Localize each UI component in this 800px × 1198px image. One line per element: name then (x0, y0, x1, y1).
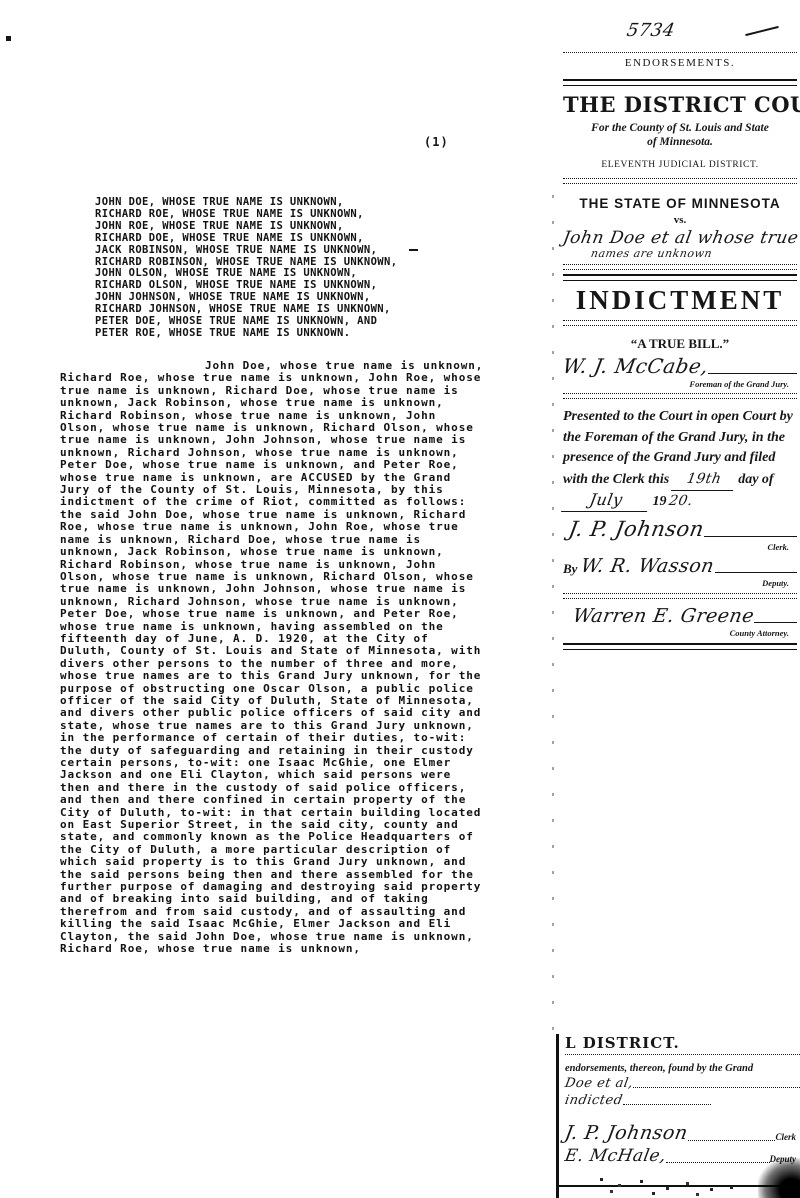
divider (563, 320, 797, 326)
fragment-clerk-signature: J. P. Johnson (563, 1122, 690, 1144)
fragment-deputy-signature: E. McHale, (563, 1146, 668, 1166)
fragment-note-text: indicted (564, 1093, 624, 1108)
divider (563, 79, 797, 86)
indictment-title: INDICTMENT (563, 285, 797, 316)
handwritten-defendants-line1: John Doe et al whose true (561, 228, 800, 248)
divider (563, 643, 797, 650)
filed-month-handwritten: July (561, 490, 651, 512)
district-fragment: L DISTRICT. (565, 1034, 800, 1052)
year-printed: 19 (653, 494, 667, 509)
county-attorney-signature: Warren E. Greene (561, 605, 756, 627)
signature-line (666, 1161, 769, 1163)
indictment-body-text: John Doe, whose true name is unknown, Ri… (60, 360, 484, 956)
divider (563, 264, 797, 270)
foreman-title: Foreman of the Grand Jury. (563, 379, 797, 389)
endorsement-text-fragment: endorsements, thereon, found by the Gran… (565, 1063, 800, 1074)
entry-line (623, 1103, 712, 1105)
signature-line (688, 1139, 776, 1141)
divider (565, 1054, 800, 1055)
scan-speck (409, 249, 418, 251)
defendant-caption-list: JOHN DOE, WHOSE TRUE NAME IS UNKNOWN, RI… (95, 197, 397, 340)
day-of-label: day of (738, 472, 773, 487)
vs-label: vs. (563, 214, 797, 226)
judicial-district: ELEVENTH JUDICIAL DISTRICT. (563, 160, 797, 170)
handwritten-case-number: 5734 (563, 20, 797, 52)
state-caption: THE STATE OF MINNESOTA (563, 196, 797, 211)
deputy-signature-row: By W. R. Wasson (563, 555, 797, 577)
signature-line (708, 372, 797, 374)
court-name: THE DISTRICT COURT, (563, 92, 797, 117)
divider (563, 178, 797, 184)
fragment-clerk-label: Clerk (775, 1132, 800, 1144)
divider (563, 593, 797, 599)
corner-smudge (758, 1158, 800, 1198)
court-county-line: For the County of St. Louis and State of… (563, 121, 797, 149)
handwritten-defendants-fragment: Doe et al, (565, 1076, 800, 1091)
case-number-text: 5734 (625, 20, 677, 41)
clerk-signature: J. P. Johnson (561, 517, 706, 541)
divider (563, 393, 797, 399)
scanned-indictment-document: (1) JOHN DOE, WHOSE TRUE NAME IS UNKNOWN… (0, 0, 800, 1198)
binding-noise (552, 195, 554, 1030)
scan-speckles (600, 1178, 603, 1181)
year-handwritten: 20. (665, 491, 696, 512)
pen-flourish (745, 26, 778, 36)
signature-line (715, 571, 797, 573)
entry-line (633, 1086, 800, 1088)
county-attorney-signature-row: Warren E. Greene (563, 605, 797, 627)
divider (563, 274, 797, 281)
foreman-signature-row: W. J. McCabe, (563, 354, 797, 378)
filed-day-handwritten: 19th (671, 469, 737, 491)
signature-line (704, 535, 797, 537)
deputy-label: Deputy. (563, 578, 797, 588)
presented-statement: Presented to the Court in open Court by … (563, 407, 797, 513)
handwritten-defendants: John Doe et al whose true names are unkn… (563, 228, 797, 264)
clerk-signature-row: J. P. Johnson (563, 517, 797, 541)
deputy-signature: W. R. Wasson (580, 555, 717, 577)
page-marker: (1) (424, 135, 449, 149)
foreman-signature: W. J. McCabe, (561, 354, 711, 378)
scan-speck (6, 36, 11, 41)
signature-line (754, 621, 797, 623)
handwritten-defendants-line2: names are unknown (590, 247, 713, 260)
clerk-label: Clerk. (563, 542, 797, 552)
by-label: By (563, 561, 577, 577)
fragment-defendants-text: Doe et al, (564, 1076, 635, 1091)
true-bill-label: “A TRUE BILL.” (563, 336, 797, 352)
endorsement-column: 5734 ENDORSEMENTS. THE DISTRICT COURT, F… (563, 20, 797, 650)
fragment-clerk-row: J. P. Johnson Clerk (565, 1122, 800, 1144)
handwritten-note-fragment: indicted (565, 1093, 800, 1108)
divider (563, 52, 797, 53)
endorsements-heading: ENDORSEMENTS. (563, 57, 797, 69)
county-attorney-label: County Attorney. (563, 628, 797, 638)
